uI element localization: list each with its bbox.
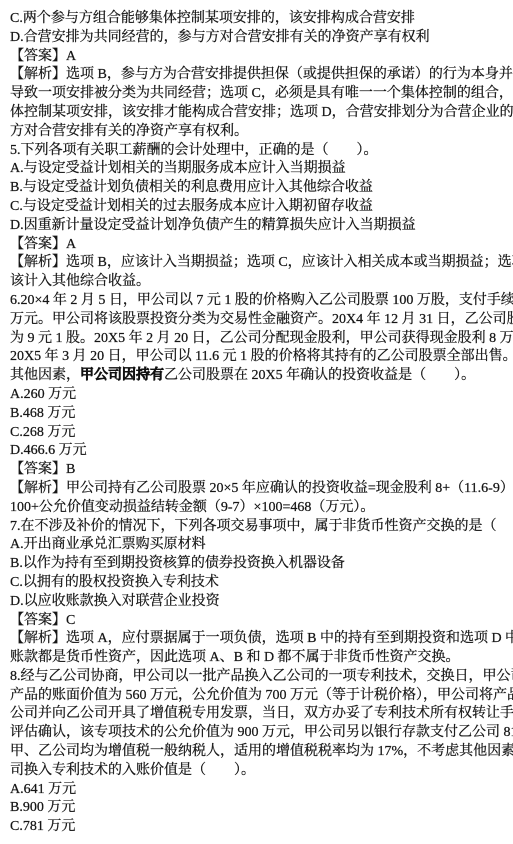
text-segment: C.两个参与方组合能够集体控制某项安排的，该安排构成合营安排	[10, 11, 415, 26]
text-line: 【答案】A	[10, 236, 509, 255]
text-line: 20X5 年 3 月 20 日，甲公司以 11.6 元 1 股的价格将其持有的乙…	[10, 348, 509, 367]
text-line: A.641 万元	[10, 781, 509, 800]
text-segment: 6.20×4 年 2 月 5 日，甲公司以 7 元 1 股的价格购入乙公司股票 …	[10, 293, 513, 308]
text-line: B.468 万元	[10, 405, 509, 424]
text-segment: 【答案】A	[10, 237, 76, 252]
text-line: 万元。甲公司将该股票投资分类为交易性金融资产。20X4 年 12 月 31 日，…	[10, 311, 509, 330]
text-segment: 100+公允价值变动损益结转金额（9-7）×100=468（万元）。	[10, 500, 374, 515]
text-segment: 20X5 年 3 月 20 日，甲公司以 11.6 元 1 股的价格将其持有的乙…	[10, 349, 513, 364]
text-line: 【解析】选项 B，应该计入当期损益；选项 C，应该计入相关成本或当期损益；选项 …	[10, 254, 509, 273]
text-segment: 公司并向乙公司开具了增值税专用发票，当日，双方办妥了专利技术所有权转让手续。经	[10, 706, 513, 721]
text-line: 【解析】选项 B，参与方为合营安排提供担保（或提供担保的承诺）的行为本身并不直接	[10, 66, 509, 85]
text-segment: B.900 万元	[10, 800, 75, 815]
text-line: C.两个参与方组合能够集体控制某项安排的，该安排构成合营安排	[10, 10, 509, 29]
text-segment: 【解析】选项 B，应该计入当期损益；选项 C，应该计入相关成本或当期损益；选项 …	[10, 255, 513, 270]
text-line: D.以应收账款换入对联营企业投资	[10, 593, 509, 612]
text-segment: 【解析】选项 B，参与方为合营安排提供担保（或提供担保的承诺）的行为本身并不直接	[10, 67, 513, 82]
text-segment: 【解析】甲公司持有乙公司股票 20×5 年应确认的投资收益=现金股利 8+（11…	[10, 481, 513, 496]
text-line: 产品的账面价值为 560 万元，公允价值为 700 万元（等于计税价格），甲公司…	[10, 687, 509, 706]
text-segment: 乙公司股票在 20X5 年确认的投资收益是（ ）。	[164, 368, 475, 383]
text-line: C.268 万元	[10, 424, 509, 443]
text-segment: C.268 万元	[10, 425, 75, 440]
text-segment: C.781 万元	[10, 819, 75, 834]
text-segment: 【解析】选项 A，应付票据属于一项负债，选项 B 中的持有至到期投资和选项 D …	[10, 631, 513, 646]
text-line: C.781 万元	[10, 818, 509, 837]
text-segment: 【答案】B	[10, 462, 75, 477]
text-segment: A.641 万元	[10, 782, 76, 797]
text-segment: 8.经与乙公司协商，甲公司以一批产品换入乙公司的一项专利技术，交换日，甲公司换出	[10, 669, 513, 684]
text-segment: D.因重新计量设定受益计划净负债产生的精算损失应计入当期损益	[10, 218, 416, 233]
text-line: 司换入专利技术的入账价值是（ ）。	[10, 762, 509, 781]
text-segment: A.开出商业承兑汇票购买原材料	[10, 537, 206, 552]
text-segment: 【答案】A	[10, 49, 76, 64]
text-line: 8.经与乙公司协商，甲公司以一批产品换入乙公司的一项专利技术，交换日，甲公司换出	[10, 668, 509, 687]
text-segment: D.以应收账款换入对联营企业投资	[10, 594, 220, 609]
text-line: 【答案】C	[10, 612, 509, 631]
text-segment: 7.在不涉及补价的情况下，下列各项交易事项中，属于非货币性资产交换的是（ ）。	[10, 519, 513, 534]
text-segment: D.合营安排为共同经营的，参与方对合营安排有关的净资产享有权利	[10, 30, 430, 45]
text-segment: 司换入专利技术的入账价值是（ ）。	[10, 763, 255, 778]
text-line: 体控制某项安排，该安排才能构成合营安排；选项 D，合营安排划分为合营企业的，参与	[10, 104, 509, 123]
text-segment: 体控制某项安排，该安排才能构成合营安排；选项 D，合营安排划分为合营企业的，参与	[10, 105, 513, 120]
text-line: 为 9 元 1 股。20X5 年 2 月 20 日，乙公司分配现金股利，甲公司获…	[10, 330, 509, 349]
text-line: A.开出商业承兑汇票购买原材料	[10, 536, 509, 555]
document-page: C.两个参与方组合能够集体控制某项安排的，该安排构成合营安排D.合营安排为共同经…	[0, 0, 513, 844]
text-segment: 万元。甲公司将该股票投资分类为交易性金融资产。20X4 年 12 月 31 日，…	[10, 312, 513, 327]
text-line: D.466.6 万元	[10, 442, 509, 461]
text-segment: C.以拥有的股权投资换入专利技术	[10, 575, 219, 590]
text-line: D.合营安排为共同经营的，参与方对合营安排有关的净资产享有权利	[10, 29, 509, 48]
text-line: D.因重新计量设定受益计划净负债产生的精算损失应计入当期损益	[10, 217, 509, 236]
text-segment: 评估确认，该专项技术的公允价值为 900 万元，甲公司另以银行存款支付乙公司 8…	[10, 725, 513, 740]
text-segment: A.260 万元	[10, 387, 76, 402]
text-line: B.以作为持有至到期投资核算的债券投资换入机器设备	[10, 555, 509, 574]
text-line: B.与设定受益计划负债相关的利息费用应计入其他综合收益	[10, 179, 509, 198]
text-line: 账款都是货币性资产，因此选项 A、B 和 D 都不属于非货币性资产交换。	[10, 649, 509, 668]
text-line: C.以拥有的股权投资换入专利技术	[10, 574, 509, 593]
text-line: 6.20×4 年 2 月 5 日，甲公司以 7 元 1 股的价格购入乙公司股票 …	[10, 292, 509, 311]
text-segment: 5.下列各项有关职工薪酬的会计处理中，正确的是（ ）。	[10, 143, 378, 158]
text-segment: C.与设定受益计划相关的过去服务成本应计入期初留存收益	[10, 199, 373, 214]
text-line: 评估确认，该专项技术的公允价值为 900 万元，甲公司另以银行存款支付乙公司 8…	[10, 724, 509, 743]
text-segment: 该计入其他综合收益。	[10, 274, 150, 289]
text-segment: B.与设定受益计划负债相关的利息费用应计入其他综合收益	[10, 180, 373, 195]
text-line: 【解析】选项 A，应付票据属于一项负债，选项 B 中的持有至到期投资和选项 D …	[10, 630, 509, 649]
text-segment: 其他因素，	[10, 368, 80, 383]
text-segment: 【答案】C	[10, 613, 75, 628]
text-line: 7.在不涉及补价的情况下，下列各项交易事项中，属于非货币性资产交换的是（ ）。	[10, 518, 509, 537]
text-segment: 方对合营安排有关的净资产享有权利。	[10, 124, 248, 139]
text-line: 方对合营安排有关的净资产享有权利。	[10, 123, 509, 142]
text-line: B.900 万元	[10, 799, 509, 818]
text-segment: B.468 万元	[10, 406, 75, 421]
text-line: 该计入其他综合收益。	[10, 273, 509, 292]
text-line: 甲、乙公司均为增值税一般纳税人，适用的增值税税率均为 17%，不考虑其他因素，甲…	[10, 743, 509, 762]
text-line: 公司并向乙公司开具了增值税专用发票，当日，双方办妥了专利技术所有权转让手续。经	[10, 705, 509, 724]
text-line: 【答案】A	[10, 48, 509, 67]
text-segment: 账款都是货币性资产，因此选项 A、B 和 D 都不属于非货币性资产交换。	[10, 650, 460, 665]
text-line: 其他因素，甲公司因持有乙公司股票在 20X5 年确认的投资收益是（ ）。	[10, 367, 509, 386]
text-segment-bold: 甲公司因持有	[80, 368, 164, 383]
text-segment: 导致一项安排被分类为共同经营；选项 C，必须是具有唯一一个集体控制的组合，能够集	[10, 86, 513, 101]
text-line: 【答案】B	[10, 461, 509, 480]
text-segment: D.466.6 万元	[10, 443, 87, 458]
text-line: A.与设定受益计划相关的当期服务成本应计入当期损益	[10, 160, 509, 179]
text-segment: A.与设定受益计划相关的当期服务成本应计入当期损益	[10, 161, 346, 176]
text-segment: 甲、乙公司均为增值税一般纳税人，适用的增值税税率均为 17%，不考虑其他因素，甲…	[10, 744, 513, 759]
text-segment: B.以作为持有至到期投资核算的债券投资换入机器设备	[10, 556, 345, 571]
text-line: A.260 万元	[10, 386, 509, 405]
text-segment: 产品的账面价值为 560 万元，公允价值为 700 万元（等于计税价格），甲公司…	[10, 688, 513, 703]
text-line: 【解析】甲公司持有乙公司股票 20×5 年应确认的投资收益=现金股利 8+（11…	[10, 480, 509, 499]
text-line: 100+公允价值变动损益结转金额（9-7）×100=468（万元）。	[10, 499, 509, 518]
text-segment: 为 9 元 1 股。20X5 年 2 月 20 日，乙公司分配现金股利，甲公司获…	[10, 331, 513, 346]
text-line: 导致一项安排被分类为共同经营；选项 C，必须是具有唯一一个集体控制的组合，能够集	[10, 85, 509, 104]
text-line: 5.下列各项有关职工薪酬的会计处理中，正确的是（ ）。	[10, 142, 509, 161]
text-line: C.与设定受益计划相关的过去服务成本应计入期初留存收益	[10, 198, 509, 217]
